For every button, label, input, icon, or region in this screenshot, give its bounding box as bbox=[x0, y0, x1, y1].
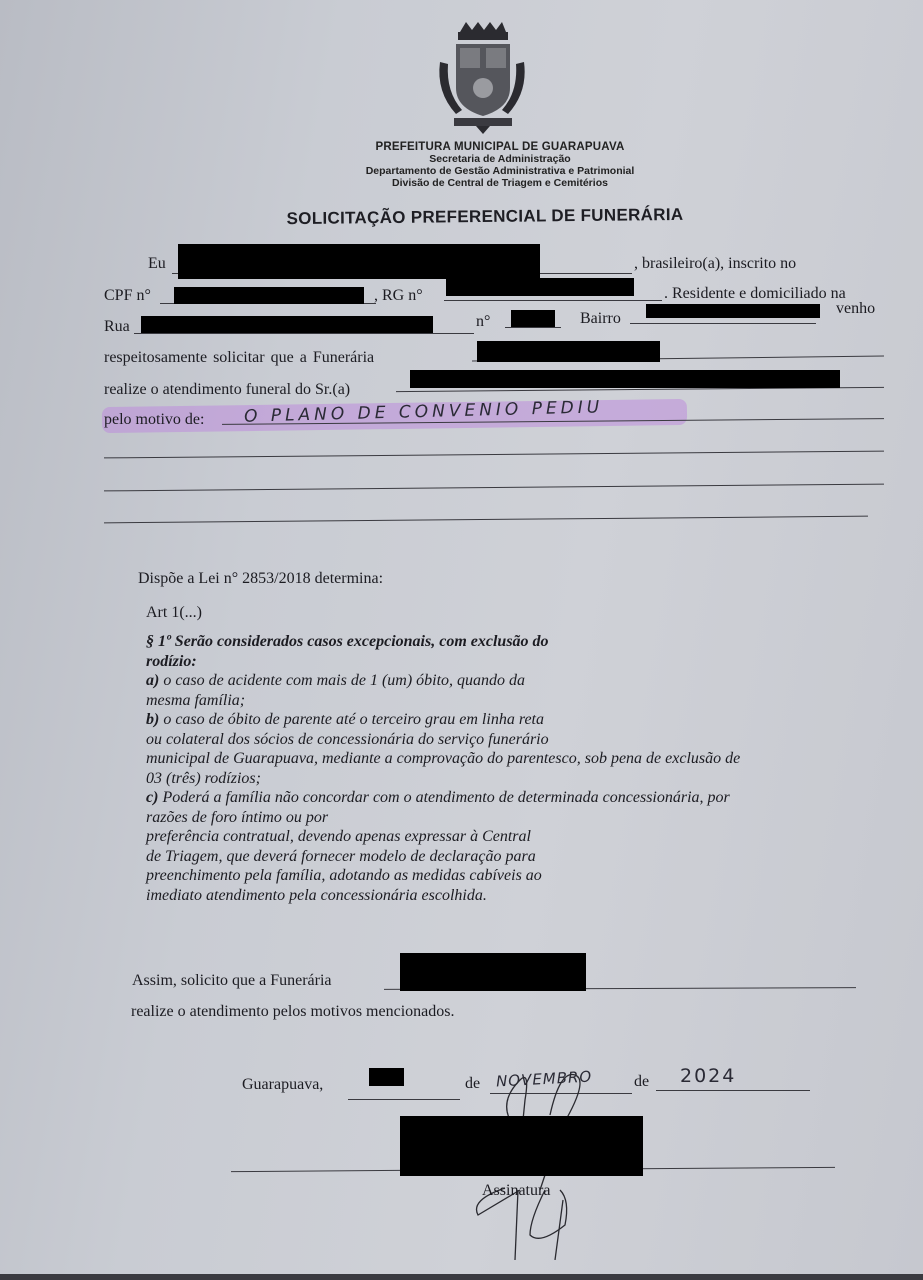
closing-line-1: Assim, solicito que a Funerária bbox=[132, 972, 332, 990]
law-paragraph-heading: § 1º Serão considerados casos excepciona… bbox=[146, 632, 916, 652]
law-item-c-line-5: preenchimento pela família, adotando as … bbox=[146, 866, 916, 886]
reason-label: pelo motivo de: bbox=[104, 411, 204, 429]
coat-of-arms-icon bbox=[432, 22, 532, 134]
number-underline bbox=[505, 327, 561, 328]
bairro-underline bbox=[630, 323, 816, 324]
law-body: § 1º Serão considerados casos excepciona… bbox=[146, 632, 916, 905]
blank-line-1 bbox=[104, 451, 884, 459]
eu-label: Eu bbox=[148, 255, 166, 273]
law-item-b-line-1: b) o caso de óbito de parente até o terc… bbox=[146, 710, 916, 730]
redacted-closing-funeral-home-field[interactable] bbox=[400, 953, 586, 991]
law-item-a-line-1: a) o caso de acidente com mais de 1 (um)… bbox=[146, 671, 916, 691]
institution-header: PREFEITURA MUNICIPAL DE GUARAPUAVA Secre… bbox=[300, 141, 700, 189]
redacted-day-field[interactable] bbox=[369, 1068, 404, 1086]
page-bottom-edge bbox=[0, 1274, 923, 1280]
header-line-4: Divisão de Central de Triagem e Cemitéri… bbox=[300, 177, 700, 189]
rg-label: , RG n° bbox=[374, 287, 423, 305]
rua-label: Rua bbox=[104, 318, 130, 336]
redacted-cpf-field[interactable] bbox=[174, 287, 364, 304]
law-intro: Dispõe a Lei n° 2853/2018 determina: bbox=[138, 569, 383, 589]
redacted-number-field[interactable] bbox=[511, 310, 555, 327]
page-title: SOLICITAÇÃO PREFERENCIAL DE FUNERÁRIA bbox=[260, 205, 710, 230]
law-item-b-line-3: municipal de Guarapuava, mediante a comp… bbox=[146, 749, 916, 769]
redacted-deceased-field[interactable] bbox=[410, 370, 840, 388]
redacted-name-field[interactable] bbox=[178, 244, 540, 279]
law-item-b-line-4: 03 (três) rodízios; bbox=[146, 769, 916, 789]
blank-line-2 bbox=[104, 484, 884, 492]
nationality-text: , brasileiro(a), inscrito no bbox=[634, 255, 796, 273]
law-item-c-line-4: de Triagem, que deverá fornecer modelo d… bbox=[146, 847, 916, 867]
header-line-1: PREFEITURA MUNICIPAL DE GUARAPUAVA bbox=[300, 141, 700, 153]
law-item-c-line-1: c) Poderá a família não concordar com o … bbox=[146, 788, 916, 808]
blank-line-3 bbox=[104, 516, 868, 524]
law-item-c-line-3: preferência contratual, devendo apenas e… bbox=[146, 827, 916, 847]
law-item-c-line-2: razões de foro íntimo ou por bbox=[146, 808, 916, 828]
street-underline bbox=[134, 333, 474, 334]
rg-underline bbox=[444, 300, 662, 301]
law-article: Art 1(...) bbox=[146, 603, 202, 623]
residence-text: . Residente e domiciliado na bbox=[664, 285, 846, 303]
redacted-rg-field[interactable] bbox=[446, 278, 634, 296]
law-item-a-line-2: mesma família; bbox=[146, 691, 916, 711]
redacted-street-field[interactable] bbox=[141, 316, 433, 333]
redacted-bairro-field[interactable] bbox=[646, 304, 820, 318]
deceased-label: realize o atendimento funeral do Sr.(a) bbox=[104, 381, 350, 399]
law-item-c-line-6: imediato atendimento pela concessionária… bbox=[146, 886, 916, 906]
law-paragraph-heading-2: rodízio: bbox=[146, 652, 916, 672]
number-label: n° bbox=[476, 313, 490, 331]
closing-line-2: realize o atendimento pelos motivos menc… bbox=[131, 1003, 454, 1021]
year-handwritten-value[interactable]: 2024 bbox=[680, 1065, 736, 1087]
header-line-2: Secretaria de Administração bbox=[300, 153, 700, 165]
venho-text: venho bbox=[836, 300, 875, 318]
redacted-signer-name[interactable] bbox=[400, 1116, 643, 1176]
law-item-b-line-2: ou colateral dos sócios de concessionári… bbox=[146, 730, 916, 750]
city-label: Guarapuava, bbox=[242, 1076, 323, 1094]
redacted-funeral-home-field[interactable] bbox=[477, 341, 660, 362]
header-line-3: Departamento de Gestão Administrativa e … bbox=[300, 165, 700, 177]
signature-label: Assinatura bbox=[482, 1182, 550, 1200]
request-text: respeitosamente solicitar que a Funerári… bbox=[104, 349, 374, 367]
cpf-label: CPF n° bbox=[104, 287, 151, 305]
bairro-label: Bairro bbox=[580, 310, 621, 328]
year-underline bbox=[656, 1090, 810, 1091]
